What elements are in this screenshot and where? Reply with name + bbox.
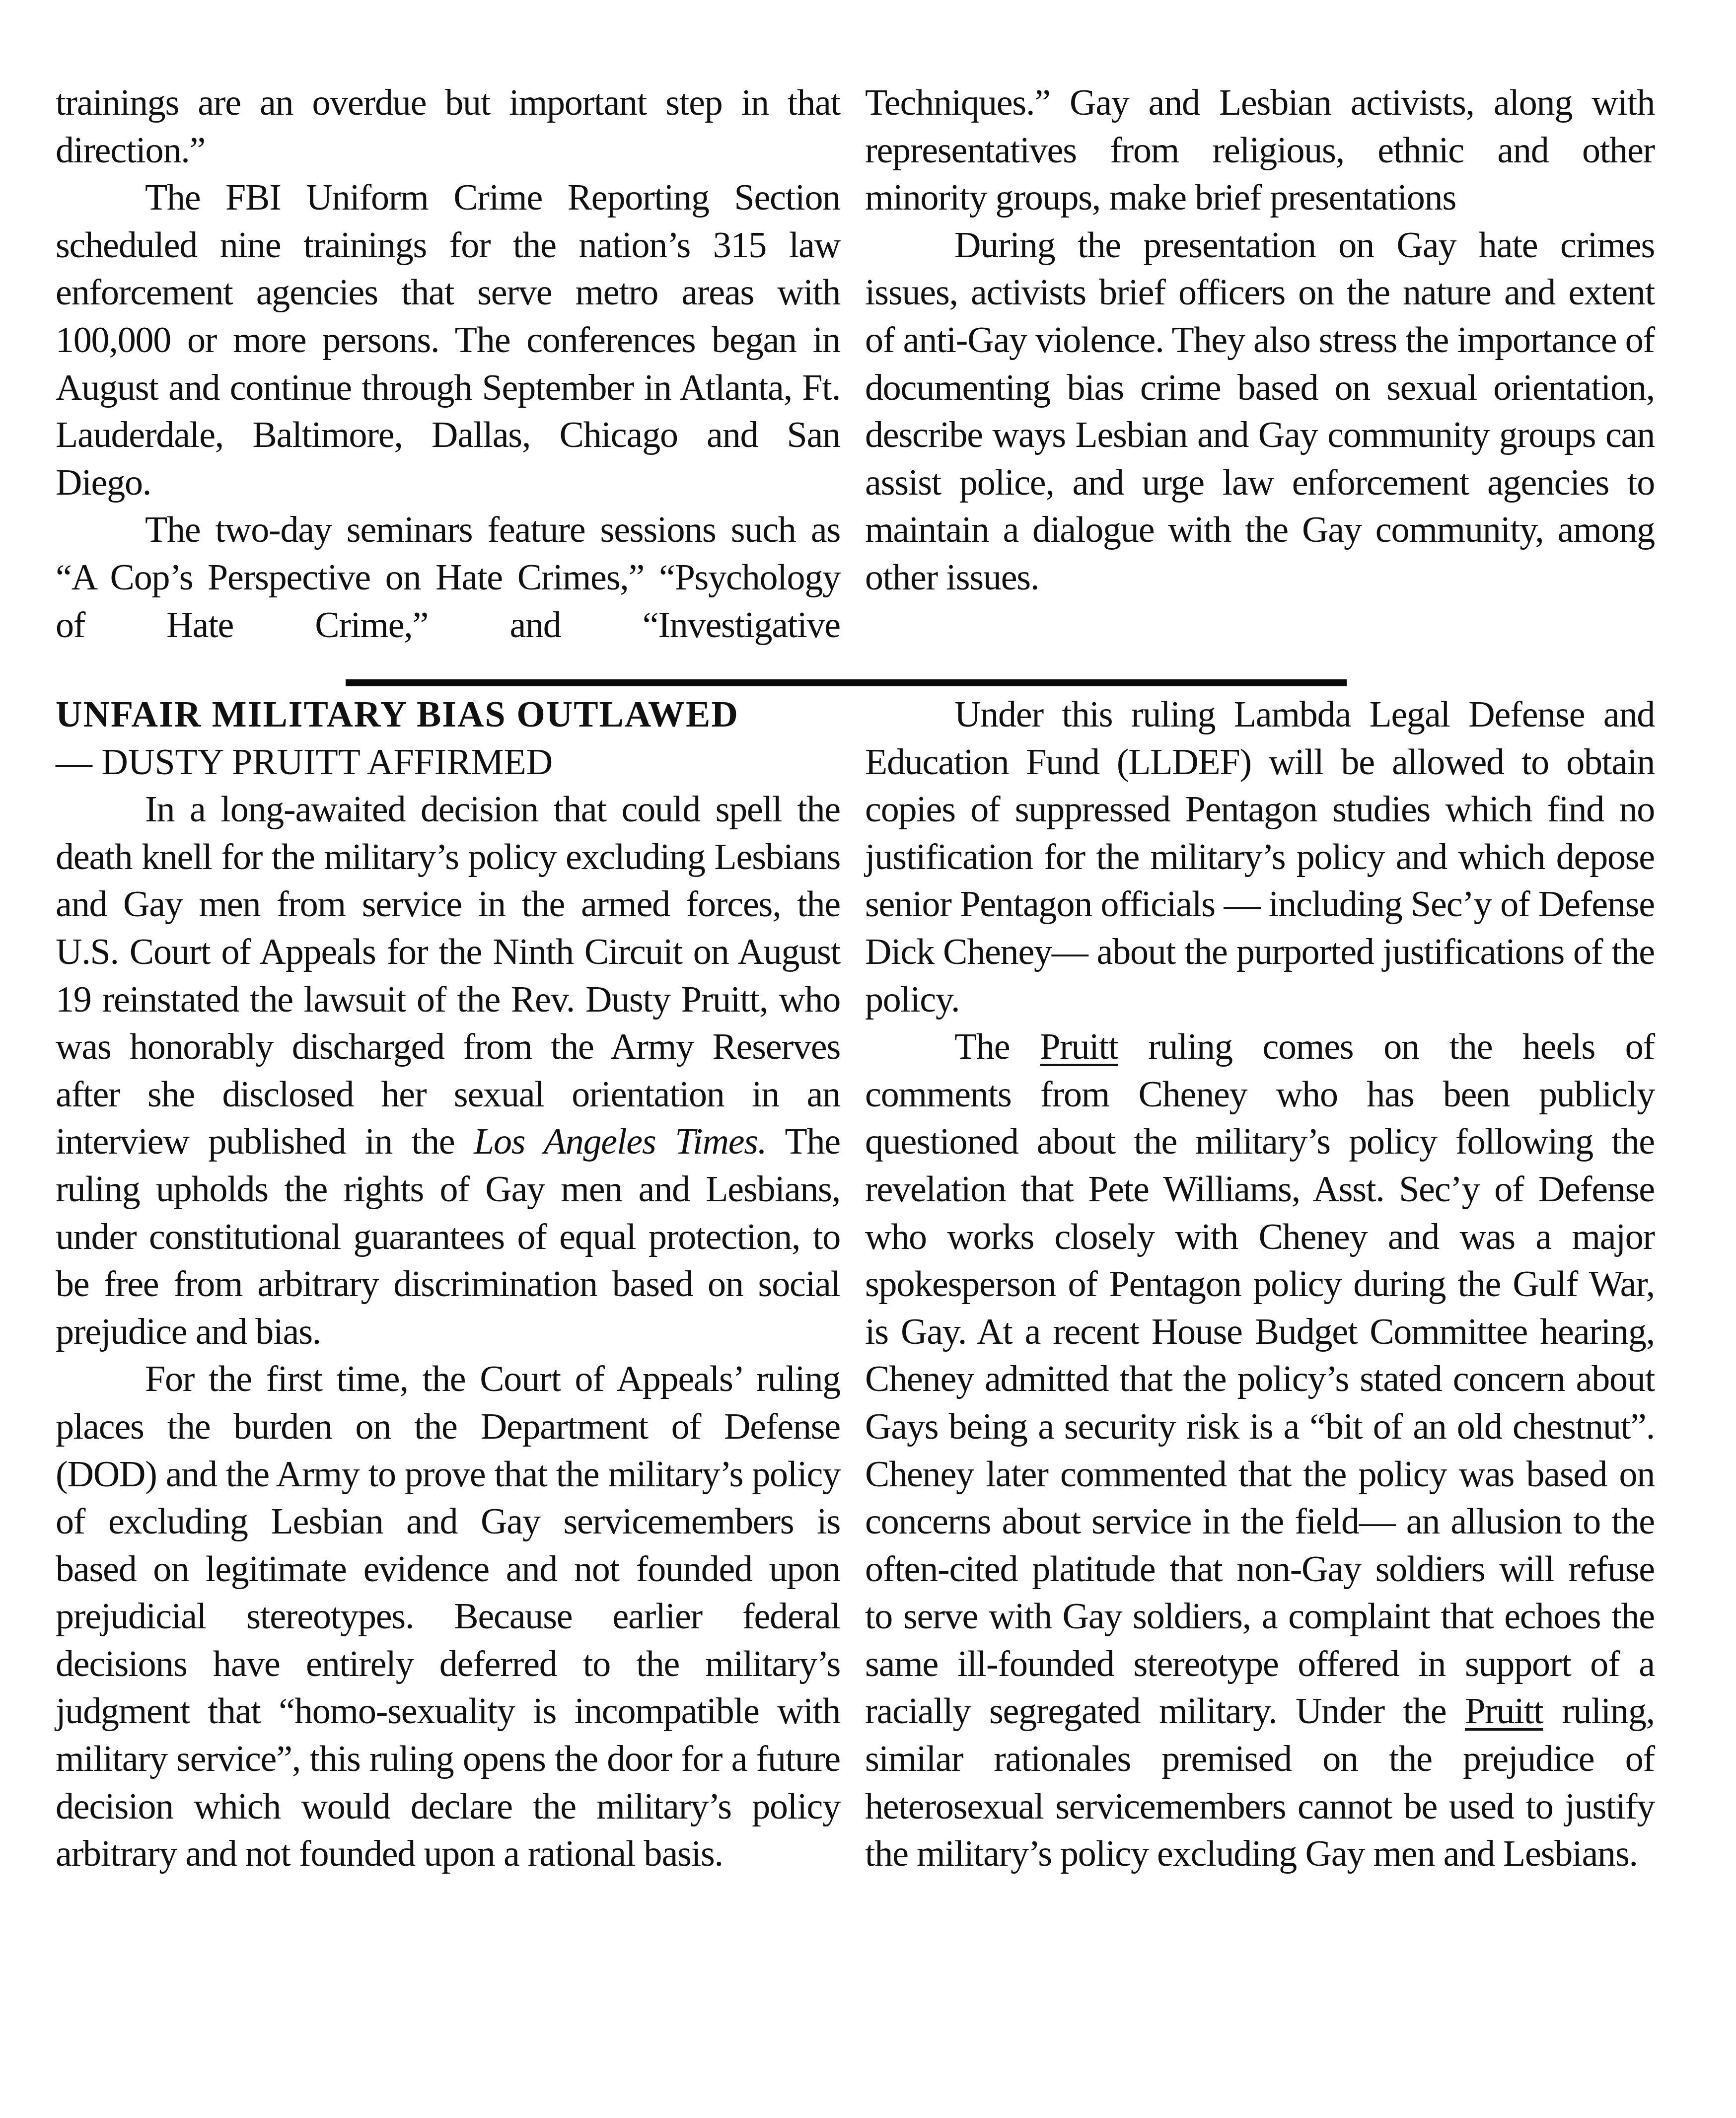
case-name-underlined: Pruitt <box>1465 1691 1543 1732</box>
paragraph: Techniques.” Gay and Lesbian activists, … <box>865 79 1655 222</box>
paragraph-text: ruling comes on the heels of comments fr… <box>865 1026 1655 1732</box>
paragraph-text: The <box>954 1026 1040 1067</box>
paragraph: The FBI Uniform Crime Reporting Section … <box>56 174 840 507</box>
paragraph: Under this ruling Lambda Legal Defense a… <box>865 691 1655 1023</box>
article-subheadline: — DUSTY PRUITT AFFIRMED <box>56 739 840 787</box>
paragraph-text: In a long-awaited decision that could sp… <box>56 789 840 1162</box>
article-right-column: Under this ruling Lambda Legal Defense a… <box>865 691 1655 1878</box>
paragraph: The Pruitt ruling comes on the heels of … <box>865 1023 1655 1878</box>
top-right-column: Techniques.” Gay and Lesbian activists, … <box>865 79 1655 602</box>
case-name-underlined: Pruitt <box>1040 1026 1118 1067</box>
paragraph: For the first time, the Court of Appeals… <box>56 1356 840 1878</box>
section-divider-rule <box>346 679 1347 686</box>
paragraph: In a long-awaited decision that could sp… <box>56 786 840 1356</box>
top-left-column: trainings are an overdue but important s… <box>56 79 840 649</box>
publication-name: Los Angeles Times. <box>474 1121 766 1162</box>
paragraph: trainings are an overdue but important s… <box>56 79 840 174</box>
article-left-column: UNFAIR MILITARY BIAS OUTLAWED — DUSTY PR… <box>56 691 840 1878</box>
article-headline: UNFAIR MILITARY BIAS OUTLAWED <box>56 691 840 739</box>
paragraph: During the presentation on Gay hate crim… <box>865 222 1655 602</box>
paragraph: The two-day seminars feature sessions su… <box>56 507 840 649</box>
